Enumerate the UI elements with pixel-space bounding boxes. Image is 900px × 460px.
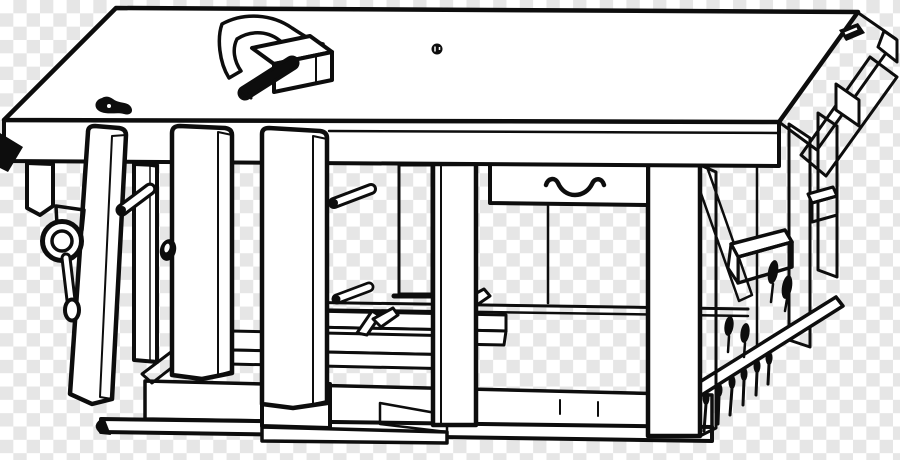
bench-peg-lower-tip — [334, 296, 341, 303]
tool-blade — [730, 388, 732, 415]
rack-rail — [690, 297, 843, 398]
vise-upright-board-3 — [262, 128, 327, 408]
vise-jaw-board — [70, 126, 126, 404]
left-end-vise — [0, 126, 371, 408]
vise-upright-board-2 — [172, 126, 232, 379]
chisel-blade — [785, 299, 787, 311]
drawer-front — [490, 163, 648, 205]
chisel-handle-icon — [766, 259, 780, 284]
bench-top-surface — [4, 8, 858, 122]
chisel-blade — [744, 343, 745, 357]
tool-blade — [768, 364, 769, 384]
chisel-handle-icon — [780, 274, 794, 299]
chisel-blade — [728, 336, 729, 352]
vise-screw-stub-tip — [118, 206, 126, 214]
screw-handle-knob — [65, 300, 79, 321]
tool-blade — [718, 396, 719, 424]
left-front-leg — [433, 164, 476, 425]
drawer — [490, 163, 648, 205]
chisel-handle-icon — [739, 322, 751, 343]
top-right-corner-sliver — [878, 31, 897, 62]
tool-blade — [743, 380, 744, 405]
left-end-tab — [27, 163, 53, 215]
bench-dog-round-hole — [432, 44, 443, 55]
transparent-canvas: Black and white line drawing of a carpen… — [0, 0, 900, 460]
bench-top — [4, 8, 858, 166]
rear-left-leg — [399, 165, 432, 294]
bench-peg-upper-tip — [330, 199, 338, 207]
chisel-handle-icon — [723, 315, 735, 336]
workbench-illustration: Black and white line drawing of a carpen… — [0, 0, 900, 460]
chisel-blade — [771, 284, 773, 302]
tool-blade — [756, 372, 757, 395]
tool-blade — [704, 404, 706, 431]
right-front-leg — [648, 164, 700, 436]
bench-dog-hook-highlight — [107, 104, 111, 108]
